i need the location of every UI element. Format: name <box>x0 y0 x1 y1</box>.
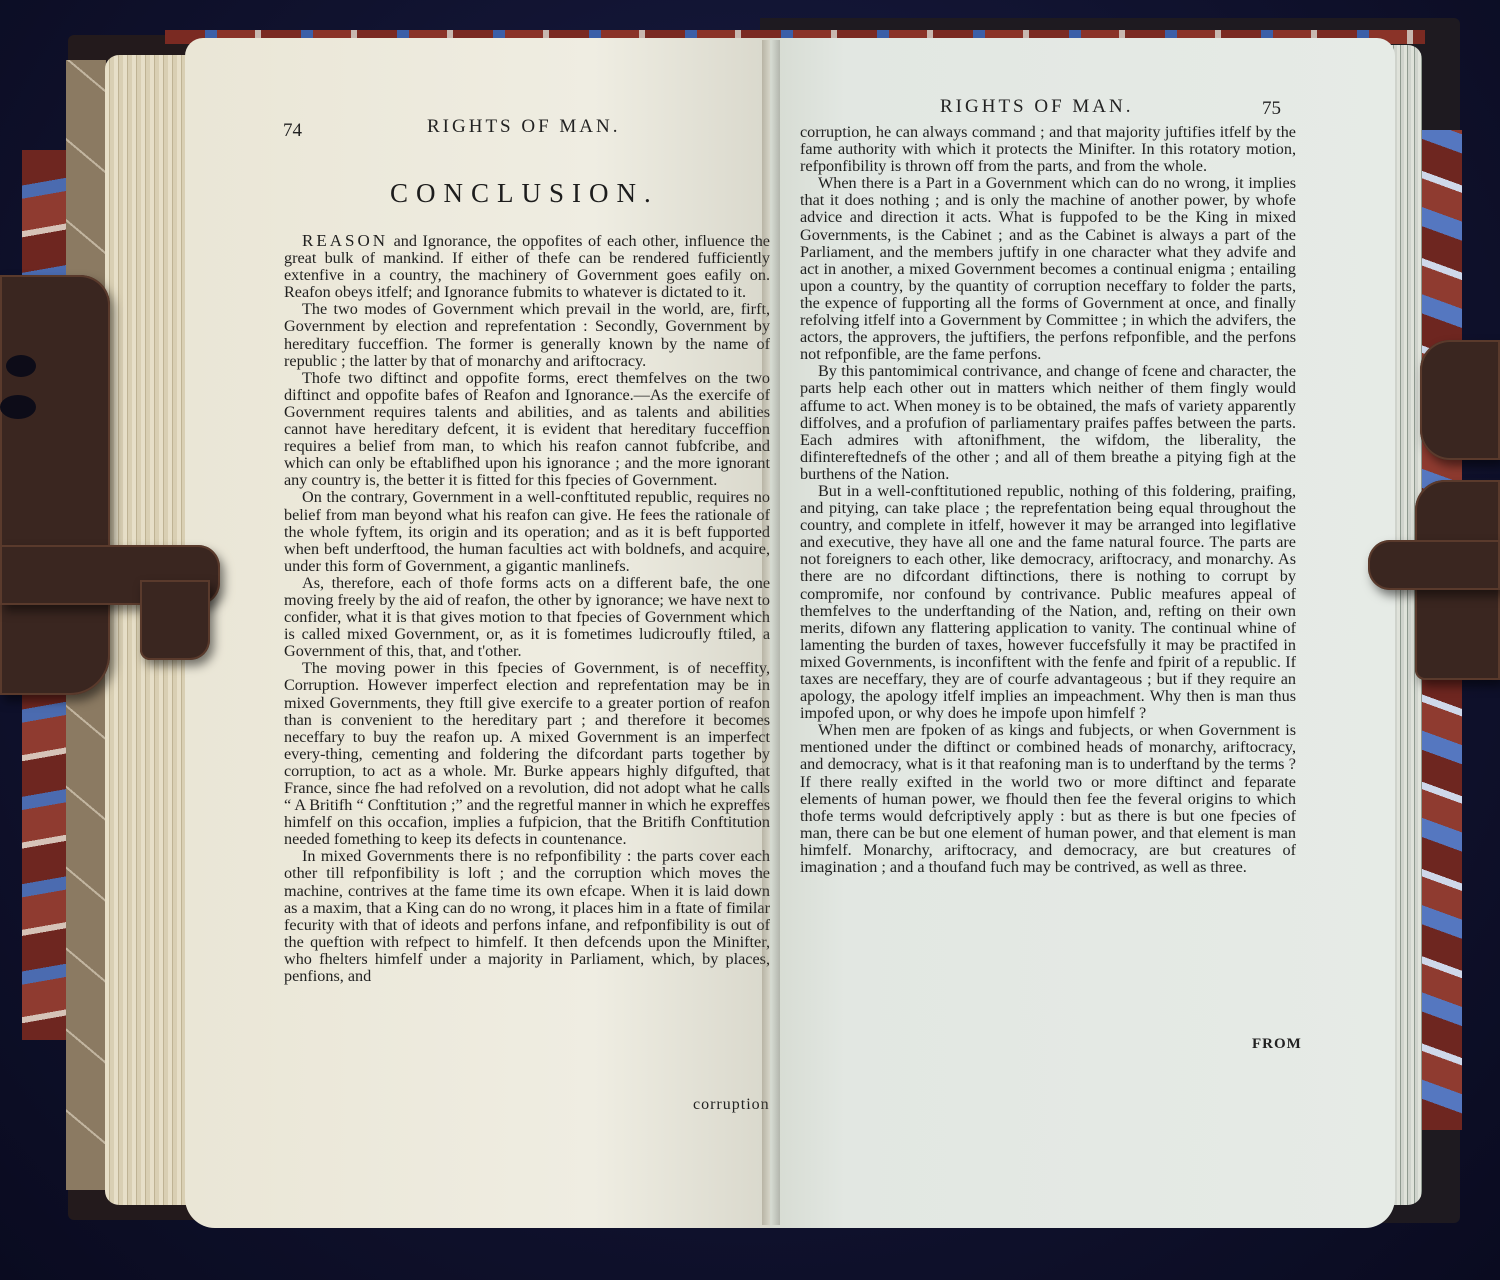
gutter-shadow <box>762 40 780 1225</box>
chapter-title: CONCLUSION. <box>390 178 659 209</box>
paragraph: REASON and Ignorance, the oppofites of e… <box>284 232 770 301</box>
right-page-text: corruption, he can always command ; and … <box>800 124 1296 876</box>
running-head: RIGHTS OF MAN. <box>427 116 621 138</box>
lead-word: REASON <box>302 231 388 250</box>
running-head: RIGHTS OF MAN. <box>940 96 1134 118</box>
left-page-text: REASON and Ignorance, the oppofites of e… <box>284 232 770 985</box>
page-clasp-right-arm <box>1368 540 1500 590</box>
paragraph: As, therefore, each of thofe forms acts … <box>284 575 770 660</box>
paragraph: By this pantomimical contrivance, and ch… <box>800 363 1296 483</box>
clasp-hole <box>0 395 36 419</box>
page-clasp-left-tooth <box>140 580 210 660</box>
paragraph: corruption, he can always command ; and … <box>800 124 1296 175</box>
paragraph: Thofe two diftinct and oppofite forms, e… <box>284 370 770 490</box>
page-clasp-left <box>0 275 110 695</box>
page-clasp-right-upper <box>1420 340 1500 460</box>
clasp-hole <box>6 355 36 377</box>
page-number: 75 <box>1262 98 1281 120</box>
paragraph: When there is a Part in a Government whi… <box>800 175 1296 363</box>
paragraph: When men are fpoken of as kings and fubj… <box>800 722 1296 876</box>
page-number: 74 <box>283 120 302 142</box>
paragraph: But in a well-conftitutioned republic, n… <box>800 483 1296 722</box>
paragraph: In mixed Governments there is no refponf… <box>284 848 770 985</box>
paragraph: The two modes of Government which prevai… <box>284 301 770 369</box>
paragraph: The moving power in this fpecies of Gove… <box>284 660 770 848</box>
catchword: FROM <box>1252 1036 1302 1053</box>
paragraph: On the contrary, Government in a well-co… <box>284 489 770 574</box>
